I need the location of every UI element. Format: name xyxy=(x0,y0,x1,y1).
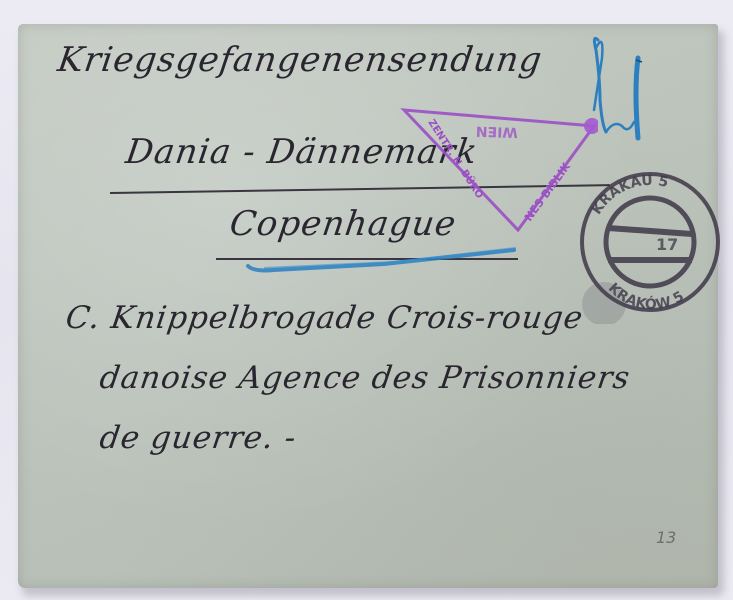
postmark-date: 17 xyxy=(656,235,678,254)
pencil-note: 13 xyxy=(656,528,676,547)
handwritten-line-address-2: danoise Agence des Prisonniers xyxy=(97,360,632,396)
handwritten-line-header: Kriegsgefangenensendung xyxy=(55,40,545,80)
censor-stamp-city: WIEN xyxy=(476,123,518,140)
postmark-top-text: KRAKAU 5 xyxy=(589,173,670,218)
postmark: KRAKAU 5 KRAKÓW 5 17 xyxy=(564,164,724,324)
svg-text:KRAKAU 5: KRAKAU 5 xyxy=(589,173,670,218)
handwritten-line-address-1: C. Knippelbrogade Crois-rouge xyxy=(63,300,585,336)
blue-crayon-underline xyxy=(244,238,544,278)
envelope: Kriegsgefangenensendung Dania - Dännemar… xyxy=(18,24,718,588)
handwritten-line-address-3: de guerre. - xyxy=(97,420,298,456)
